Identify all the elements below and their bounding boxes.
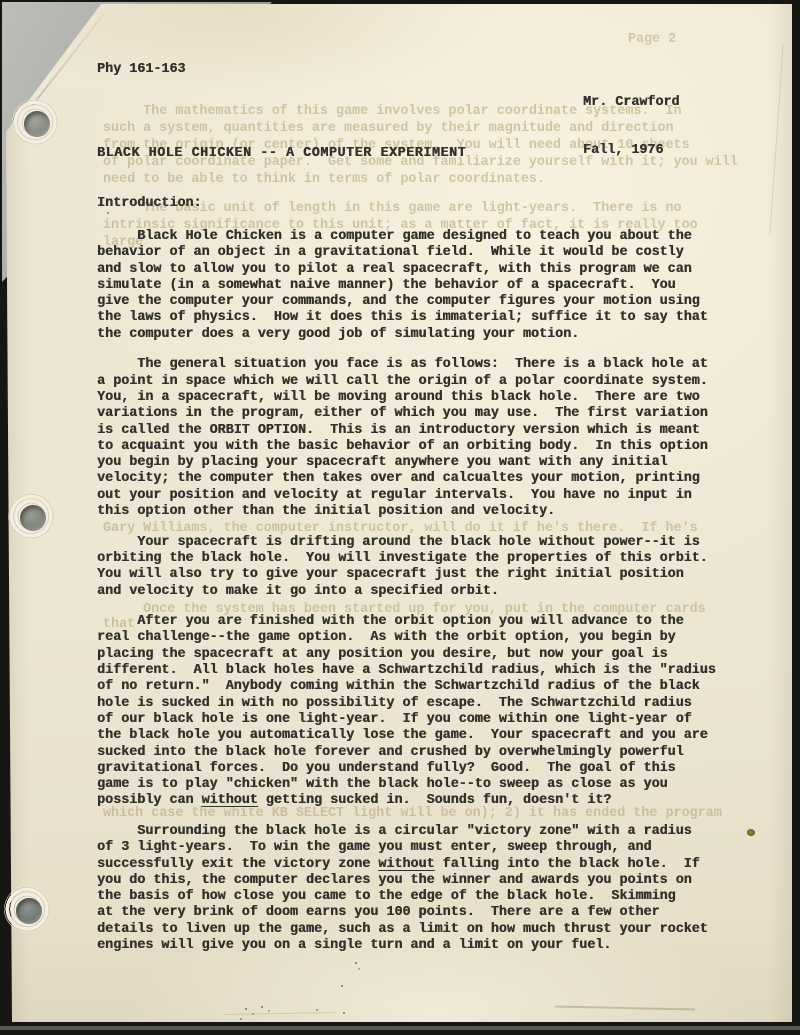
punch-hole-middle (20, 505, 46, 531)
text-line: and slow to allow you to pilot a real sp… (97, 262, 716, 278)
text-line: the computer does a very good job of sim… (97, 327, 716, 343)
course-code: Phy 161-163 (97, 62, 185, 78)
text-line: this option other than the initial posit… (97, 504, 716, 520)
text-line: you do this, the computer declares you t… (97, 873, 716, 889)
text-line: successfully exit the victory zone witho… (97, 857, 716, 873)
text-line: of no return." Anybody coming within the… (97, 679, 716, 695)
punch-hole-bottom (16, 898, 42, 924)
text-line: orbiting the black hole. You will invest… (97, 551, 716, 567)
course-code-text: Phy 161-163 (97, 62, 185, 77)
text-line: the laws of physics. How it does this is… (97, 310, 716, 326)
paragraph: Black Hole Chicken is a computer game de… (97, 229, 716, 343)
text-line: possibly can without getting sucked in. … (97, 793, 716, 809)
scanned-document-page: Page 2 The mathematics of this game invo… (0, 0, 800, 1035)
punch-hole-opening (20, 505, 46, 531)
text-line: and velocity to make it go into a specif… (97, 584, 716, 600)
text-line: velocity; the computer then takes over a… (97, 471, 716, 487)
paper-speck (355, 962, 357, 964)
paper-stain-speck (747, 829, 755, 836)
punch-hole-opening (16, 898, 42, 924)
ghost-page-number: Page 2 (628, 31, 676, 48)
text-line: details to liven up the game, such as a … (97, 922, 716, 938)
text-line: of 3 light-years. To win the game you mu… (97, 840, 716, 856)
document-body: Black Hole Chicken is a computer game de… (97, 229, 716, 969)
text-line: you begin by placing your spacecraft any… (97, 455, 716, 471)
text-line: of our black hole is one light-year. If … (97, 712, 716, 728)
paper-speck (341, 985, 343, 987)
paragraph: Surrounding the black hole is a circular… (97, 824, 716, 954)
paper-speck (343, 1012, 345, 1014)
paragraph: The general situation you face is as fol… (97, 357, 716, 520)
punch-hole-top (24, 111, 50, 137)
text-line: After you are finished with the orbit op… (97, 614, 716, 630)
text-line: You, in a spacecraft, will be moving aro… (97, 390, 716, 406)
text-line: is called the ORBIT OPTION. This is an i… (97, 423, 716, 439)
text-line: out your position and velocity at regula… (97, 488, 716, 504)
document-title: BLACK HOLE CHICKEN -- A COMPUTER EXPERIM… (97, 146, 466, 162)
text-line: You will also try to give your spacecraf… (97, 567, 716, 583)
paragraph: Your spacecraft is drifting around the b… (97, 535, 716, 600)
text-line: The general situation you face is as fol… (97, 357, 716, 373)
text-line: the black hole you automatically lose th… (97, 728, 716, 744)
text-line: give the computer your commands, and the… (97, 294, 716, 310)
text-line: behavior of an object in a gravitational… (97, 245, 716, 261)
byline-block: Mr. Crawford Fall, 1976 (583, 62, 679, 192)
text-line: hole is sucked in with no possibility of… (97, 696, 716, 712)
paper-speck (107, 212, 109, 214)
text-line: a point in space which we will call the … (97, 374, 716, 390)
text-line: the basis of how close you came to the e… (97, 889, 716, 905)
paper-speck (261, 1006, 263, 1008)
text-line: at the very brink of doom earns you 100 … (97, 905, 716, 921)
paper-speck (240, 1018, 242, 1020)
paragraph: After you are finished with the orbit op… (97, 614, 716, 810)
underlined-word: without (378, 857, 434, 872)
underlined-word: without (201, 793, 257, 808)
text-line: sucked into the black hole forever and c… (97, 745, 716, 761)
text-line: to acquaint you with the basic behavior … (97, 439, 716, 455)
text-line: Surrounding the black hole is a circular… (97, 824, 716, 840)
text-line: real challenge--the game option. As with… (97, 630, 716, 646)
instructor-name: Mr. Crawford (583, 95, 679, 111)
paper-speck (316, 1009, 318, 1011)
text-line: engines will give you on a single turn a… (97, 938, 716, 954)
text-line: Your spacecraft is drifting around the b… (97, 535, 716, 551)
paper-speck (245, 1008, 247, 1010)
text-line: Black Hole Chicken is a computer game de… (97, 229, 716, 245)
term-label: Fall, 1976 (583, 143, 679, 159)
section-heading-introduction: Introduction: (97, 196, 201, 212)
paper-speck (268, 1010, 270, 1012)
scan-bottom-edge (0, 1026, 800, 1030)
text-line: simulate (in a somewhat naive manner) th… (97, 278, 716, 294)
text-line: placing the spacecraft at any position y… (97, 647, 716, 663)
punch-hole-opening (24, 111, 50, 137)
text-line: variations in the program, either of whi… (97, 406, 716, 422)
text-line: gravitational forces. Do you understand … (97, 761, 716, 777)
text-line: different. All black holes have a Schwar… (97, 663, 716, 679)
text-line: game is to play "chicken" with the black… (97, 777, 716, 793)
paper-speck (358, 968, 360, 970)
